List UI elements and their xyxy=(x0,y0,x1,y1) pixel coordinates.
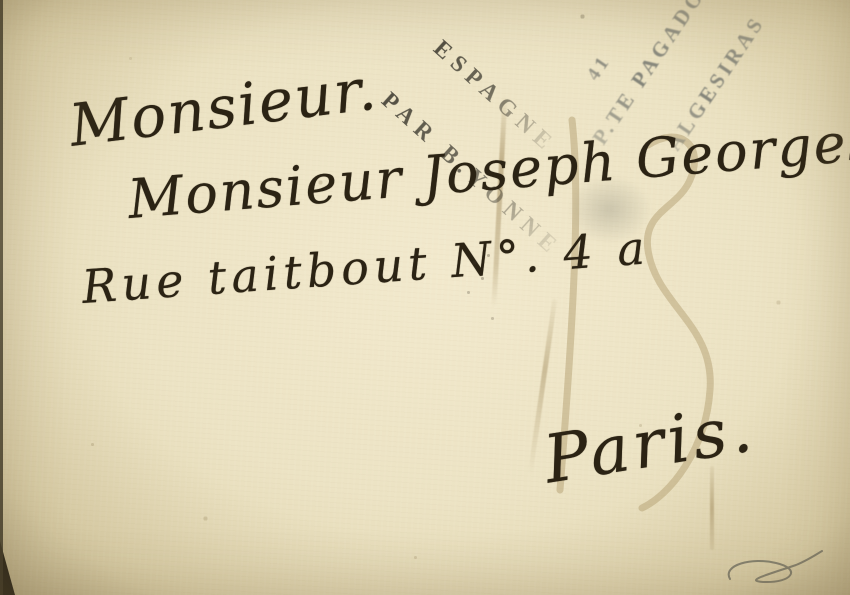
pencil-squiggle-mark xyxy=(718,543,828,591)
letter-cover-scan: 41 P.TE PAGADO ALGESIRAS ESPAGNE PAR B.Y… xyxy=(0,0,850,595)
paid-stamp-number: 41 xyxy=(583,50,616,85)
scan-edge-shadow xyxy=(0,0,3,595)
address-salutation: Monsieur. xyxy=(66,55,381,160)
